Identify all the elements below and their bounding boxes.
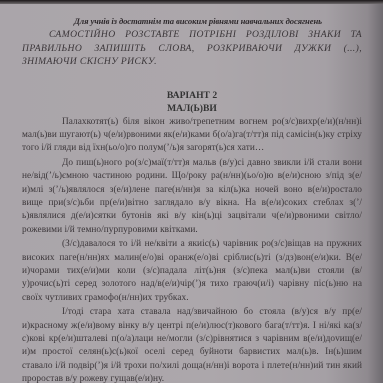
paragraph-1: Палахкотят(ь) біля вікон живо/трепетним … [22, 116, 362, 156]
variant-heading: ВАРІАНТ 2 [22, 89, 362, 102]
text-title: МАЛ(Ь)ВИ [22, 102, 362, 115]
worksheet-content: Для учнів із достатнім та високим рівням… [22, 16, 362, 383]
task-instruction: САМОСТІЙНО РОЗСТАВТЕ ПОТРІБНІ РОЗДІЛОВІ … [22, 28, 362, 69]
audience-note: Для учнів із достатнім та високим рівням… [22, 16, 362, 26]
paragraph-2: До пиш(ь)ного ро(з/с)маї(т/тт)я мальв (в… [22, 157, 362, 237]
worksheet-page: Для учнів із достатнім та високим рівням… [0, 4, 383, 383]
paragraph-3: (З/с)давалося то і/й не/квіти а якиіс(ь)… [22, 238, 362, 305]
paragraph-4: І/тоді стара хата ставала над/звичайною … [22, 306, 362, 383]
